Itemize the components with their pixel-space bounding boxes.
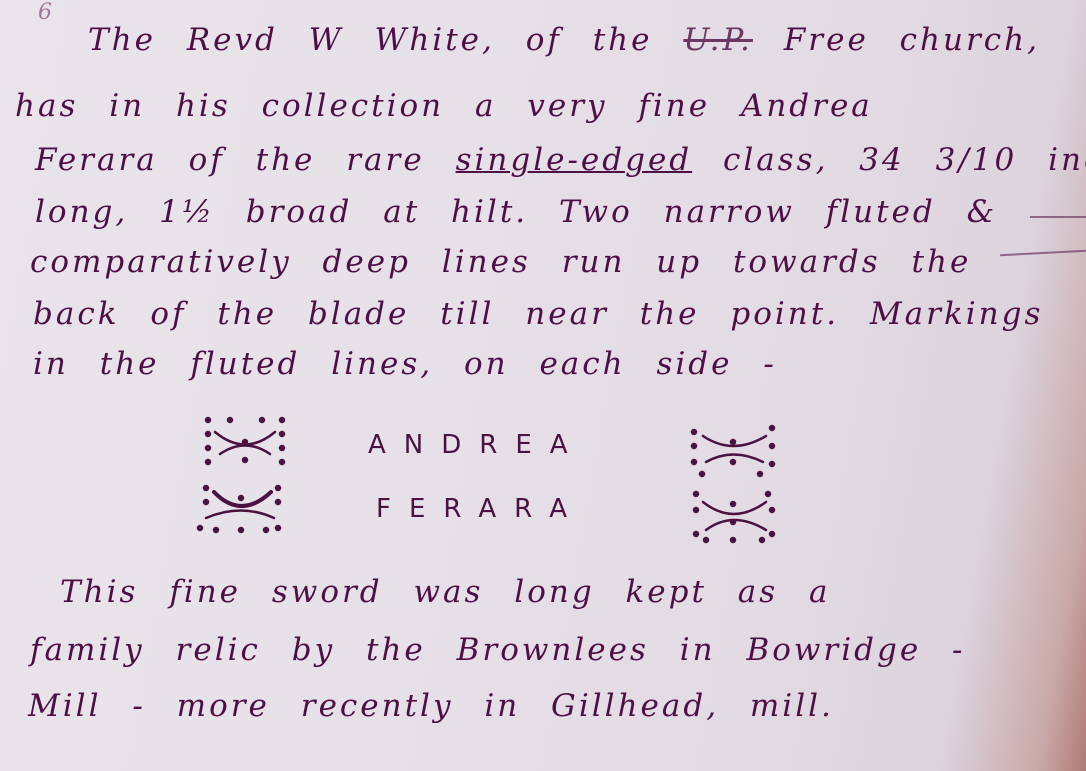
right-top-mark-icon: [688, 422, 778, 482]
text-line-7: in the fluted lines, on each side -: [33, 346, 777, 382]
text-line-2: has in his collection a very fine Andrea: [15, 88, 873, 124]
text-line-5: comparatively deep lines run up towards …: [30, 244, 971, 280]
line-3-after: class, 34 3/10 inches: [723, 142, 1086, 178]
closing-line-2: family relic by the Brownlees in Bowridg…: [30, 632, 966, 668]
margin-rule-1: [1030, 216, 1086, 218]
line-1-text: The Revd W White, of the: [88, 22, 652, 58]
closing-line-3: Mill - more recently in Gillhead, mill.: [28, 688, 834, 724]
underlined-phrase: single-edged: [456, 142, 693, 178]
right-bottom-mark-icon: [688, 488, 778, 548]
margin-rule-2: [1000, 250, 1086, 256]
manuscript-page: 6 The Revd W White, of the U.P. Free chu…: [0, 0, 1086, 771]
struck-word: U.P.: [683, 22, 753, 58]
text-line-3: Ferara of the rare single-edged class, 3…: [35, 142, 1086, 178]
line-1-after: Free church,: [784, 22, 1040, 58]
text-line-4: long, 1½ broad at hilt. Two narrow flute…: [35, 194, 997, 230]
left-top-mark-icon: [200, 412, 290, 472]
line-3-before: Ferara of the rare: [35, 142, 425, 178]
page-number: 6: [38, 0, 52, 25]
inscription-ferara: FERARA: [376, 494, 585, 524]
inscription-andrea: ANDREA: [368, 430, 586, 460]
text-line-6: back of the blade till near the point. M…: [33, 296, 1043, 332]
left-bottom-mark-icon: [196, 478, 286, 538]
closing-line-1: This fine sword was long kept as a: [60, 574, 831, 610]
text-line-1: The Revd W White, of the U.P. Free churc…: [88, 22, 1040, 58]
